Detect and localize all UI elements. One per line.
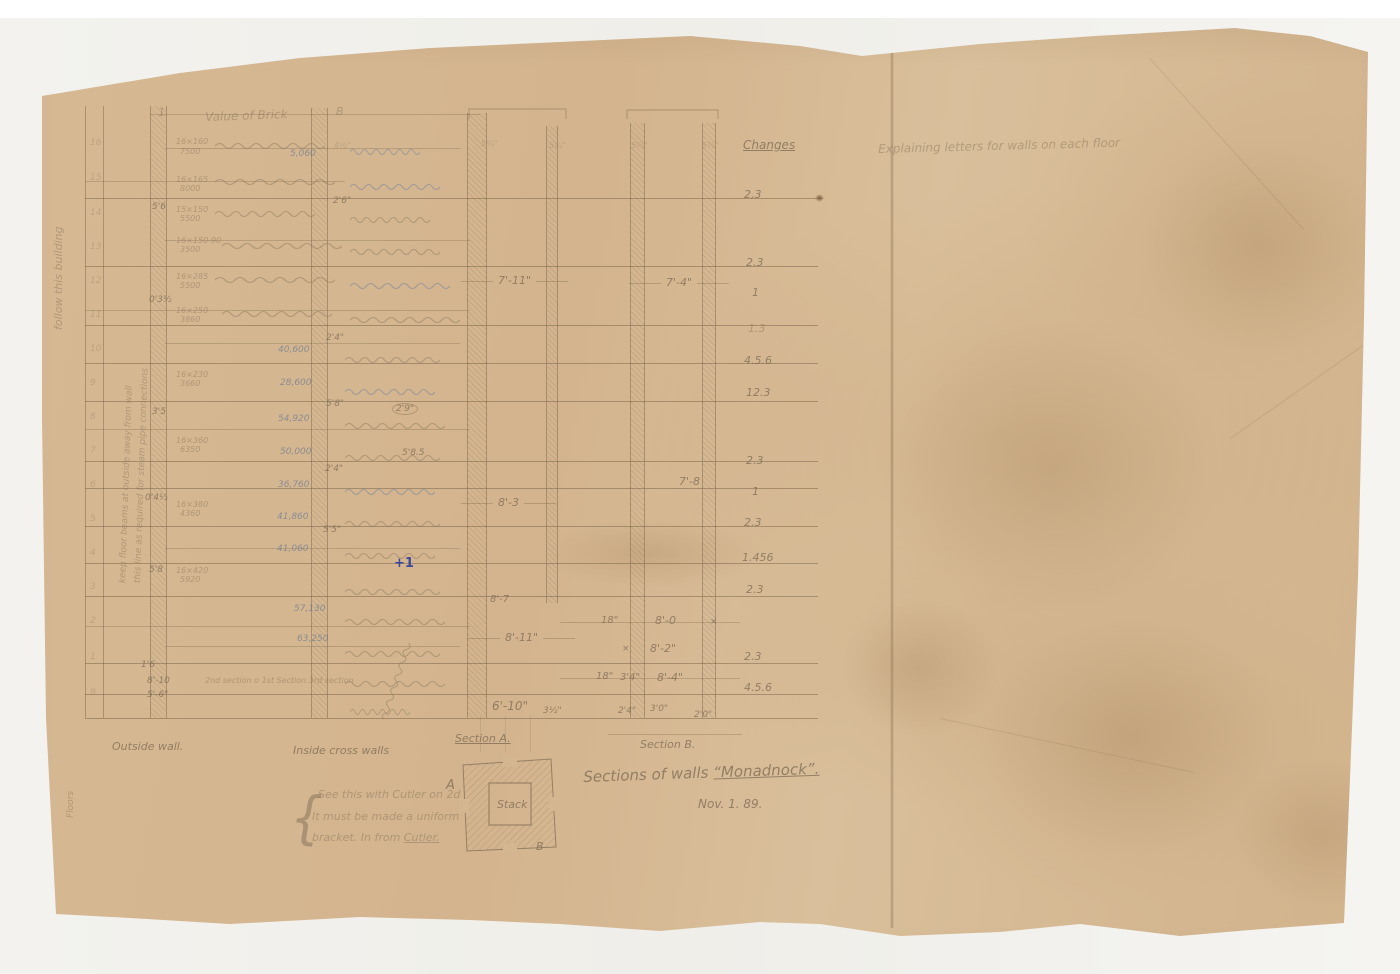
paper-stain [880, 318, 1220, 618]
story-number: 14 [90, 208, 101, 218]
illegible-scribble [345, 650, 440, 658]
story-number: B [90, 688, 96, 698]
dimension: 3'4" [620, 672, 640, 683]
changes-value: 2.3 [744, 650, 762, 663]
second-section-note: 2nd section o 1st Section 3rd section [205, 676, 354, 685]
brace-note-line3-text: bracket. In from [312, 831, 404, 844]
smudge [540, 518, 760, 588]
illegible-scribble [215, 178, 335, 186]
section-a-label: Section A. [455, 732, 511, 745]
column-bracket [468, 106, 568, 120]
beam-size-note: 16×250 [176, 306, 208, 315]
load-value: 57,130 [294, 604, 326, 614]
illegible-scribble [350, 183, 440, 191]
wall-column-hatch [311, 108, 328, 718]
changes-value: 1.456 [742, 551, 774, 564]
dimension: 5'8" [326, 399, 344, 409]
beam-load-note: 3860 [180, 315, 200, 324]
dimension: 7'-8 [679, 475, 700, 488]
column-label-1: 1 [158, 106, 165, 119]
beam-load-note: 4360 [180, 509, 200, 518]
dimension: 18" [601, 615, 618, 626]
story-number: 1 [90, 652, 96, 662]
illegible-scribble [345, 454, 440, 462]
illegible-scribble [350, 148, 420, 156]
load-value: 63,250 [297, 634, 329, 644]
changes-value: 1 [752, 485, 759, 498]
wall-column-hatch [702, 123, 716, 718]
story-number: 10 [90, 344, 101, 354]
dimension: 8'-11" [503, 631, 540, 644]
sheet-title-quoted: “Monadnock”. [713, 760, 820, 782]
changes-value: 12.3 [746, 386, 771, 399]
pencil-rule-light [85, 626, 470, 627]
beam-size-note: 16×230 [176, 370, 208, 379]
story-number: 4 [90, 548, 96, 558]
changes-value: 1 [752, 286, 759, 299]
brick-heading: Value of Brick [205, 107, 288, 124]
brace-note-line3: bracket. In from Cutler. [312, 831, 440, 844]
story-number: 11 [90, 310, 101, 320]
beam-load-note: 5500 [180, 281, 200, 290]
wall-thickness-tick: 5½" [631, 141, 648, 150]
dimension: 8'-2" [650, 642, 676, 655]
beam-size-note: 16×360 [176, 436, 208, 445]
brace-note-cutler: Cutler. [404, 831, 440, 844]
illegible-scribble [345, 488, 435, 496]
beam-load-note: 5500 [180, 214, 200, 223]
top-right-note: Explaining letters for walls on each flo… [878, 136, 1120, 156]
dimension: 5'5" [323, 525, 341, 535]
outside-wall-label: Outside wall. [112, 740, 183, 753]
illegible-scribble [350, 216, 430, 224]
changes-value: 2.3 [746, 454, 764, 467]
illegible-scribble [345, 388, 435, 396]
changes-value: 2.3 [746, 256, 764, 269]
story-number: 2 [90, 616, 96, 626]
illegible-scribble [215, 276, 335, 284]
paper-stain [1230, 758, 1400, 908]
illegible-scribble [350, 282, 450, 290]
brace-note-line1: See this with Cutler on 2d [318, 788, 460, 801]
dimension: 3'0" [650, 704, 668, 714]
section-b-label: Section B. [640, 738, 695, 751]
paper-stain [1140, 138, 1380, 358]
story-number: 12 [90, 276, 101, 286]
load-value: 40,600 [278, 345, 310, 355]
dimension: 0'4½ [145, 493, 168, 503]
changes-value: 4.5.6 [744, 354, 772, 367]
dimension: 2'4" [618, 706, 636, 716]
load-value: 28,600 [280, 378, 312, 388]
beam-size-note: 16×285 [176, 272, 208, 281]
pencil-vertical [85, 106, 86, 718]
beam-size-note: 16×160 [176, 138, 208, 146]
beam-load-note: 7500 [180, 147, 200, 156]
leader-line [530, 716, 531, 752]
dimension: 5'8 [149, 565, 163, 575]
dimension: 7'-11" [496, 274, 533, 287]
left-margin-note: follow this building [52, 226, 65, 330]
wall-column-hatch [630, 123, 645, 718]
stack-label: Stack [497, 798, 527, 811]
inside-wall-label: Inside cross walls [293, 744, 389, 757]
paper-stain [840, 598, 1000, 738]
story-number: 9 [90, 378, 96, 388]
dimension: 8'-4" [657, 671, 683, 684]
illegible-scribble [215, 210, 315, 218]
column-note-line1: keep floor beams at outside away from wa… [118, 385, 135, 583]
beam-size-note: 15×150 [176, 205, 208, 214]
dimension: 7'-4" [664, 276, 694, 289]
changes-value: 2,3 [744, 188, 762, 201]
beam-load-note: 3660 [180, 379, 200, 388]
story-number: 5 [90, 514, 96, 524]
load-value: 50,000 [280, 447, 312, 457]
illegible-scribble [345, 422, 445, 430]
sheet-title: Sections of walls “Monadnock”. [583, 760, 820, 786]
load-value: 41,060 [277, 544, 309, 554]
beam-load-note: 3500 [180, 245, 200, 254]
dimension: 8'-0 [655, 614, 676, 627]
sheet-date: Nov. 1. 89. [698, 797, 762, 811]
wall-thickness-tick: 4½" [334, 141, 351, 150]
beam-size-note: 16×380 [176, 500, 208, 509]
load-value: 54,920 [278, 414, 310, 424]
illegible-scribble [215, 142, 325, 150]
plan-marker-a: A [446, 778, 455, 793]
story-number: 7 [90, 446, 96, 456]
dimension: 0'3½ [149, 295, 172, 305]
dimension: 8'-10 [147, 676, 170, 686]
changes-value: 4.5.6 [744, 681, 772, 694]
dimension: 5'-6" [147, 690, 168, 700]
illegible-scribble [222, 310, 332, 318]
story-number: 8 [90, 412, 96, 422]
changes-header: Changes [743, 138, 795, 152]
dimension: 8'-7 [490, 594, 509, 605]
plan-marker-b: B [536, 840, 544, 853]
story-number: 6 [90, 480, 96, 490]
sheet-title-text: Sections of walls [583, 763, 713, 786]
wall-column-hatch [467, 113, 487, 718]
dimension: 3½" [543, 706, 562, 716]
illegible-scribble [222, 242, 342, 250]
story-number: 13 [90, 242, 101, 252]
floors-label: Floors [66, 791, 76, 818]
illegible-scribble [345, 552, 435, 560]
x-mark: × [622, 644, 630, 654]
circled-dimension: 2'9" [392, 403, 418, 415]
illegible-scribble [345, 520, 440, 528]
dimension: 2'0" [694, 710, 712, 720]
beam-load-note: 5920 [180, 575, 200, 584]
story-number: 3 [90, 582, 96, 592]
wall-thickness-tick: 5¼" [481, 139, 498, 148]
beam-size-note: 16×165 [176, 175, 208, 184]
dimension: 5'6 [152, 202, 166, 212]
beam-size-note: 16×150-90 [176, 236, 221, 245]
beam-load-note: 6350 [180, 445, 200, 454]
blue-ink-mark: +1 [394, 556, 414, 571]
changes-value: 1.3 [748, 322, 766, 335]
story-number: 16 [90, 138, 101, 148]
leader-line [505, 716, 506, 752]
illegible-scribble [345, 588, 440, 596]
illegible-scribble [345, 618, 445, 626]
dimension: 6'-10" [492, 699, 528, 713]
scan-background: 1 B Value of Brick Changes 16 15 14 13 1… [0, 18, 1400, 974]
illegible-scribble [345, 356, 440, 364]
beam-load-note: 8000 [180, 184, 200, 193]
wall-column-hatch [546, 126, 558, 603]
load-value: 36,760 [278, 480, 310, 490]
dimension: 2'4" [326, 333, 344, 343]
illegible-scribble [350, 316, 460, 324]
dimension: 3'5 [152, 407, 166, 417]
dimension: 18" [596, 671, 613, 682]
changes-value: 2.3 [744, 516, 762, 529]
column-bracket [626, 108, 720, 120]
drawing-sheet: 1 B Value of Brick Changes 16 15 14 13 1… [0, 18, 1400, 974]
dimension: 8'-3 [496, 496, 521, 509]
column-label-b: B [336, 105, 344, 118]
x-mark: × [710, 617, 718, 627]
load-value: 41,860 [277, 512, 309, 522]
wall-thickness-tick: 5¼" [549, 141, 566, 150]
leader-line [480, 716, 481, 752]
load-value: 5,060 [290, 149, 316, 159]
dimension: 2'4" [325, 464, 343, 474]
illegible-scribble [350, 248, 440, 256]
wall-thickness-tick: 5½" [702, 141, 719, 150]
story-number: 15 [90, 173, 101, 183]
section-b-dim-line [608, 734, 742, 735]
pencil-vertical [103, 106, 104, 718]
dimension: 1'6 [141, 660, 155, 670]
changes-value: 2.3 [746, 583, 764, 596]
dimension: 2'6" [333, 196, 351, 206]
beam-size-note: 16×420 [176, 566, 208, 575]
brace-note-line2: It must be made a uniform [312, 810, 459, 823]
